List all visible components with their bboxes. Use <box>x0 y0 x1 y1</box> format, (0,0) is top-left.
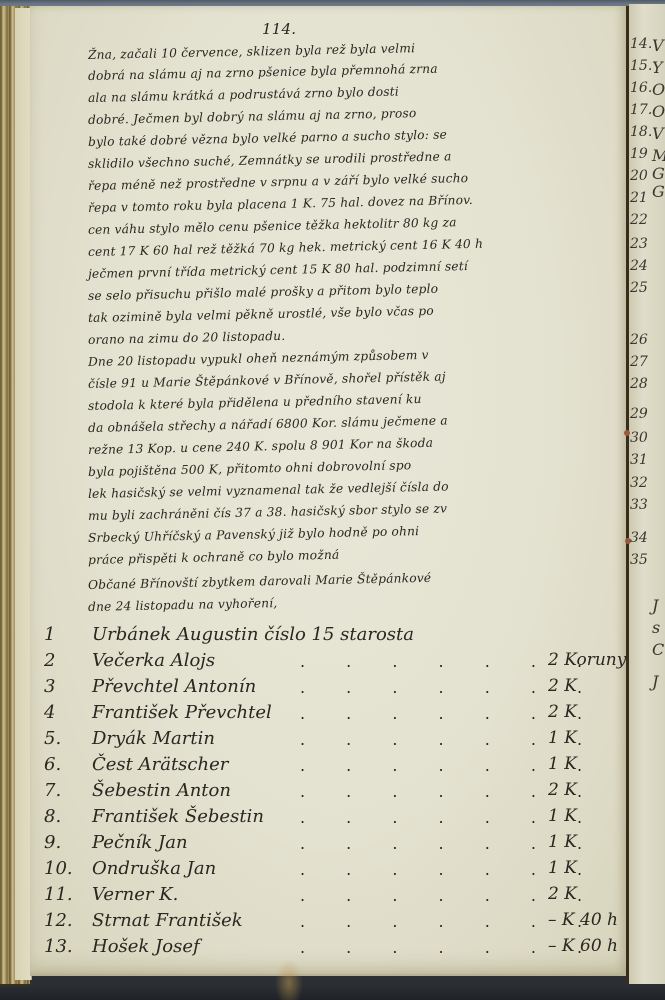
donor-name: Ondruška Jan <box>92 858 216 879</box>
margin-line-number: 24 <box>630 258 648 274</box>
margin-line-number: 30 <box>630 430 648 446</box>
donor-name: Převchtel Antonín <box>92 676 256 697</box>
donation-amount: 2 K <box>548 676 577 696</box>
margin-line-number: 35 <box>630 552 648 568</box>
donor-index: 4 <box>44 702 55 723</box>
margin-line-number: 31 <box>630 452 648 468</box>
donor-name: Šebestin Anton <box>92 780 231 801</box>
donor-name: Hošek Josef <box>92 936 200 957</box>
donor-name: Večerka Alojs <box>92 650 215 671</box>
book-gutter <box>626 6 629 981</box>
margin-line-number: 18. <box>630 124 652 140</box>
book-scan: 114. Žna, začali 10 července, sklizen by… <box>0 0 665 1000</box>
margin-line-number: 33 <box>630 497 648 513</box>
margin-line-number: 22 <box>630 212 648 228</box>
donor-name: Strnat František <box>92 910 243 931</box>
donor-index: 2 <box>44 650 55 671</box>
donor-index: 11. <box>44 884 73 905</box>
donation-amount: 1 K <box>548 858 577 878</box>
margin-line-number: 25 <box>630 280 648 296</box>
facing-page-handwriting: M <box>652 146 665 165</box>
facing-page-handwriting: C <box>652 640 664 659</box>
donor-index: 8. <box>44 806 61 827</box>
donor-name: Pečník Jan <box>92 832 188 853</box>
donor-name: Dryák Martin <box>92 728 215 749</box>
donation-amount: 1 K <box>548 728 577 748</box>
donation-amount: – K 60 h <box>548 936 618 956</box>
margin-line-number: 34 <box>630 530 648 546</box>
donor-index: 1 <box>44 624 55 645</box>
facing-page-handwriting: G <box>652 164 665 183</box>
water-stain <box>275 958 303 1000</box>
margin-line-number: 21 <box>630 190 648 206</box>
donor-index: 13. <box>44 936 73 957</box>
facing-page-handwriting: O <box>652 80 665 99</box>
facing-page-handwriting: V <box>652 124 664 143</box>
donor-index: 7. <box>44 780 61 801</box>
donation-amount: 1 K <box>548 832 577 852</box>
donor-index: 3 <box>44 676 55 697</box>
donor-index: 12. <box>44 910 73 931</box>
facing-page-handwriting: G <box>652 182 665 201</box>
margin-line-number: 29 <box>630 406 648 422</box>
facing-page-handwriting: J <box>652 596 658 615</box>
donor-index: 10. <box>44 858 73 879</box>
donor-name: Verner K. <box>92 884 178 905</box>
donation-amount: 2 Koruny <box>548 650 626 670</box>
facing-page-handwriting: V <box>652 36 664 55</box>
donor-name: Urbánek Augustin číslo 15 starosta <box>92 624 414 645</box>
margin-line-number: 28 <box>630 376 648 392</box>
facing-page-handwriting: J <box>652 672 658 691</box>
margin-line-number: 27 <box>630 354 648 370</box>
donation-amount: 2 K <box>548 780 577 800</box>
donation-amount: 2 K <box>548 884 577 904</box>
donor-index: 5. <box>44 728 61 749</box>
donation-amount: – K 40 h <box>548 910 618 930</box>
donation-amount: 1 K <box>548 754 577 774</box>
donor-index: 9. <box>44 832 61 853</box>
margin-line-number: 19 <box>630 146 648 162</box>
margin-line-number: 20 <box>630 168 648 184</box>
page-number: 114. <box>262 20 296 38</box>
margin-line-number: 16. <box>630 80 652 96</box>
donor-name: František Převchtel <box>92 702 272 723</box>
donor-name: František Šebestin <box>92 806 264 827</box>
donation-amount: 1 K <box>548 806 577 826</box>
facing-page-handwriting: Y <box>652 58 663 77</box>
margin-line-number: 14. <box>630 36 652 52</box>
margin-line-number: 23 <box>630 236 648 252</box>
margin-line-number: 26 <box>630 332 648 348</box>
donor-name: Čest Arätscher <box>92 754 228 775</box>
facing-page-handwriting: O <box>652 102 665 121</box>
donor-index: 6. <box>44 754 61 775</box>
donation-amount: 2 K <box>548 702 577 722</box>
margin-line-number: 32 <box>630 475 648 491</box>
margin-line-number: 17. <box>630 102 652 118</box>
margin-line-number: 15. <box>630 58 652 74</box>
facing-page-handwriting: s <box>652 618 660 637</box>
